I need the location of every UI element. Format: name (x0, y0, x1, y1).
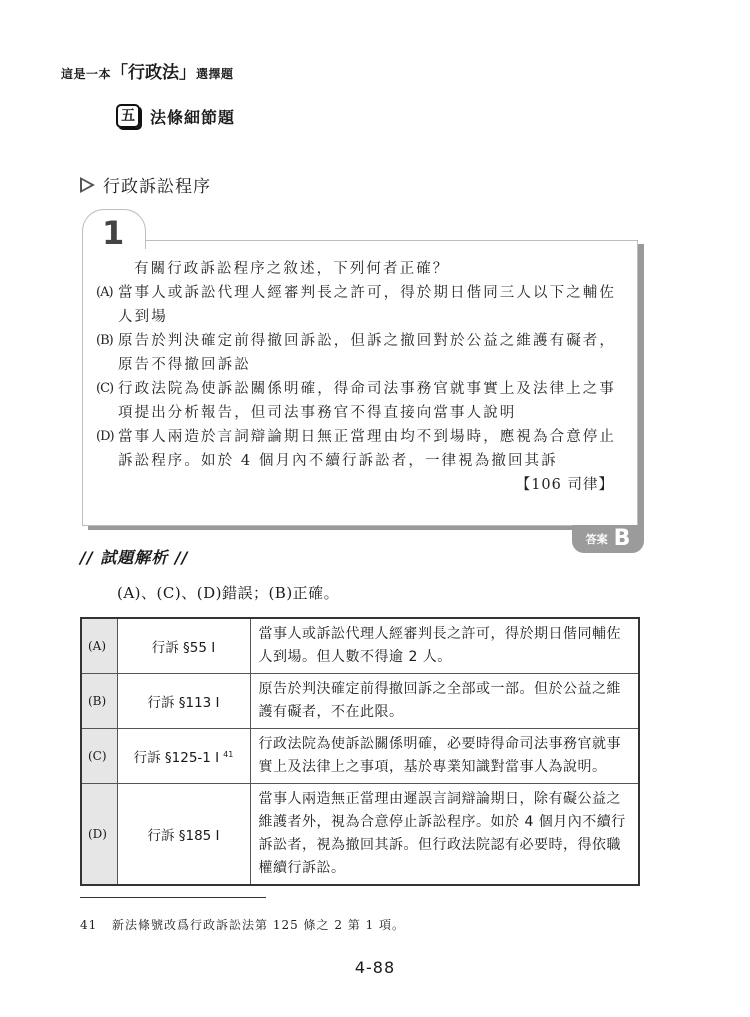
table-row: (D) 行訴 §185 Ⅰ 當事人兩造無正當理由遲誤言詞辯論期日，除有礙公益之維… (81, 784, 639, 886)
row-label: (C) (81, 729, 117, 784)
question-number: 1 (102, 217, 124, 249)
row-label: (A) (81, 618, 117, 674)
row-text: 原告於判決確定前得撤回訴之全部或一部。但於公益之維護有礙者，不在此限。 (250, 674, 639, 729)
article-text: 行訴 §125-1 Ⅰ (134, 750, 220, 766)
question-source: 【106 司律】 (96, 473, 626, 497)
table-row: (C) 行訴 §125-1 Ⅰ41 行政法院為使訴訟關係明確，必要時得命司法事務… (81, 729, 639, 784)
page-number: 4-88 (0, 958, 750, 977)
running-head-prefix: 這是一本 (61, 67, 111, 81)
question-card: 1 有關行政訴訟程序之敘述，下列何者正確？ (A) 當事人或訴訟代理人經審判長之… (82, 209, 644, 554)
footnote: 41新法條號改爲行政訴訟法第 125 條之 2 第 1 項。 (80, 916, 405, 933)
triangle-right-icon (80, 177, 95, 193)
footnote-text: 新法條號改爲行政訴訟法第 125 條之 2 第 1 項。 (112, 918, 405, 932)
table-row: (A) 行訴 §55 Ⅰ 當事人或訴訟代理人經審判長之許可，得於期日偕同輔佐人到… (81, 618, 639, 674)
analysis-summary: (A)、(C)、(D)錯誤；(B)正確。 (117, 582, 339, 603)
option-text: 當事人兩造於言詞辯論期日無正當理由均不到場時，應視為合意停止訴訟程序。如於 4 … (118, 429, 616, 469)
running-head: 這是一本「行政法」選擇題 (61, 58, 234, 83)
option-text: 行政法院為使訴訟關係明確，得命司法事務官就事實上及法律上之事項提出分析報告，但司… (118, 381, 616, 421)
answer-badge: 答案 B (572, 525, 644, 553)
row-label: (B) (81, 674, 117, 729)
section-title: 法條細節題 (150, 105, 235, 128)
answer-value: B (614, 528, 631, 550)
answer-label: 答案 (586, 531, 608, 547)
row-label: (D) (81, 784, 117, 886)
row-text: 當事人或訴訟代理人經審判長之許可，得於期日偕同輔佐人到場。但人數不得逾 2 人。 (250, 618, 639, 674)
footnote-ref[interactable]: 41 (223, 750, 233, 759)
row-text: 當事人兩造無正當理由遲誤言詞辯論期日，除有礙公益之維護者外，視為合意停止訴訟程序… (250, 784, 639, 886)
row-article: 行訴 §55 Ⅰ (117, 618, 250, 674)
topic-heading: 行政訴訟程序 (80, 172, 211, 197)
running-head-title: 行政法 (128, 63, 179, 83)
article-text: 行訴 §113 Ⅰ (147, 695, 219, 711)
question-stem: 有關行政訴訟程序之敘述，下列何者正確？ (96, 257, 626, 281)
law-table: (A) 行訴 §55 Ⅰ 當事人或訴訟代理人經審判長之許可，得於期日偕同輔佐人到… (80, 617, 640, 886)
table-row: (B) 行訴 §113 Ⅰ 原告於判決確定前得撤回訴之全部或一部。但於公益之維護… (81, 674, 639, 729)
section-number-badge: 五 (116, 104, 140, 128)
article-text: 行訴 §185 Ⅰ (147, 828, 219, 844)
option-label: (C) (96, 377, 113, 401)
analysis-heading: // 試題解析 // (80, 545, 189, 568)
option-label: (D) (96, 425, 114, 449)
option-text: 原告於判決確定前得撤回訴訟，但訴之撤回對於公益之維護有礙者，原告不得撤回訴訟 (118, 333, 616, 373)
option-text: 當事人或訴訟代理人經審判長之許可，得於期日偕同三人以下之輔佐人到場 (118, 285, 616, 325)
option-label: (A) (96, 281, 113, 305)
row-text: 行政法院為使訴訟關係明確，必要時得命司法事務官就事實上及法律上之事項，基於專業知… (250, 729, 639, 784)
section-heading: 五 法條細節題 (116, 104, 235, 128)
option-d: (D) 當事人兩造於言詞辯論期日無正當理由均不到場時，應視為合意停止訴訟程序。如… (96, 425, 626, 473)
option-label: (B) (96, 329, 113, 353)
row-article: 行訴 §185 Ⅰ (117, 784, 250, 886)
option-c: (C) 行政法院為使訴訟關係明確，得命司法事務官就事實上及法律上之事項提出分析報… (96, 377, 626, 425)
article-text: 行訴 §55 Ⅰ (152, 640, 216, 656)
running-head-bracket-close: 」 (179, 63, 196, 83)
footnote-divider (80, 897, 266, 898)
running-head-suffix: 選擇題 (196, 67, 234, 81)
topic-title: 行政訴訟程序 (103, 172, 211, 197)
row-article: 行訴 §113 Ⅰ (117, 674, 250, 729)
option-b: (B) 原告於判決確定前得撤回訴訟，但訴之撤回對於公益之維護有礙者，原告不得撤回… (96, 329, 626, 377)
option-a: (A) 當事人或訴訟代理人經審判長之許可，得於期日偕同三人以下之輔佐人到場 (96, 281, 626, 329)
question-text: 有關行政訴訟程序之敘述，下列何者正確？ (A) 當事人或訴訟代理人經審判長之許可… (96, 257, 626, 497)
row-article: 行訴 §125-1 Ⅰ41 (117, 729, 250, 784)
footnote-number: 41 (80, 918, 112, 932)
running-head-bracket-open: 「 (111, 63, 128, 83)
